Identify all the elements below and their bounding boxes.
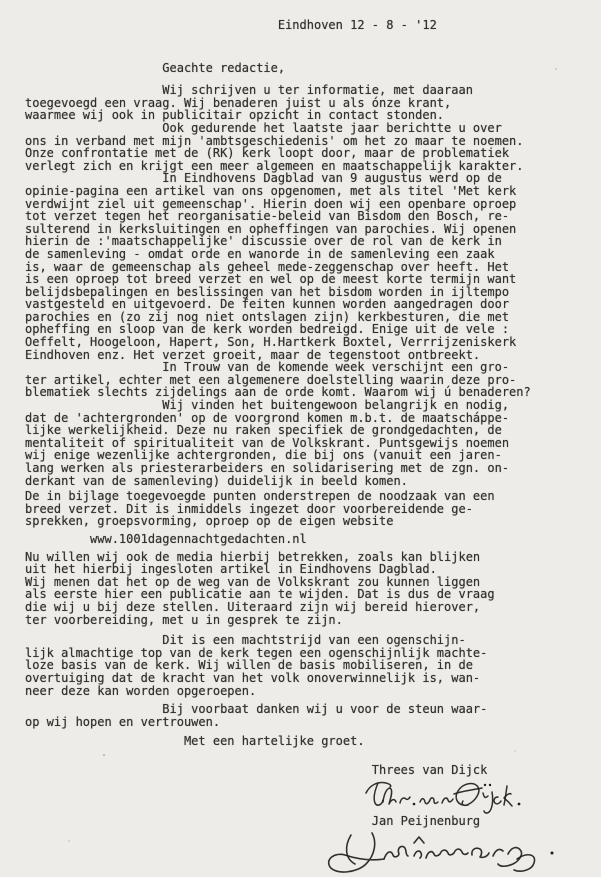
- paragraphs-main: Wij schrijven u ter informatie, met daar…: [25, 84, 601, 487]
- letter-line: sprekken, groepsvorming, oproep op de ei…: [25, 515, 601, 528]
- letter-body: Eindhoven 12 - 8 - '12 Geachte redactie,…: [0, 0, 601, 828]
- letter-line: neer deze kan worden opgeroepen.: [25, 685, 601, 698]
- letter-line: ter voorbereiding, met u in gesprek te z…: [25, 614, 601, 627]
- letter-line: Met een hartelijke groet.: [25, 735, 601, 748]
- letter-line: Wij schrijven u ter informatie, met daar…: [25, 84, 601, 97]
- letter-line: Bij voorbaat danken wij u voor de steun …: [25, 703, 601, 716]
- closing: Met een hartelijke groet.: [25, 735, 601, 748]
- salutation: Geachte redactie,: [25, 62, 601, 75]
- paragraph-media: Nu willen wij ook de media hierbij betre…: [25, 551, 601, 627]
- letter-line: Threes van Dijck: [25, 764, 601, 777]
- letter-line: lijke werkelijkheid. Deze nu raken speci…: [25, 424, 601, 437]
- paragraph-dank: Bij voorbaat danken wij u voor de steun …: [25, 703, 601, 728]
- letter-line: www.1001dagennachtgedachten.nl: [25, 533, 601, 546]
- letter-line: Geachte redactie,: [25, 62, 601, 75]
- letter-line: uit het hierbij ingesloten artikel in Ei…: [25, 563, 601, 576]
- scan-speck: [103, 754, 105, 756]
- letter-line: De in bijlage toegevoegde punten onderst…: [25, 490, 601, 503]
- letter-line: derkant van de samenleving) duidelijk in…: [25, 475, 601, 488]
- letter-line: de samenleving - omdat orde en wanorde i…: [25, 248, 601, 261]
- scan-speck: [68, 840, 70, 842]
- letter-line: opinie-pagina een artikel van ons opgeno…: [25, 185, 601, 198]
- letter-line: lang werken als priesterarbeiders en sol…: [25, 462, 601, 475]
- letter-line: op wij hopen en vertrouwen.: [25, 716, 601, 729]
- letter-line: die wij u bij deze stellen. Uiteraard zi…: [25, 601, 601, 614]
- letter-line: vastgesteld en uitgevoerd. De feiten kun…: [25, 298, 601, 311]
- signee-threes-typed: Threes van Dijck: [25, 764, 601, 777]
- signature-threes-handwritten-icon: [362, 778, 522, 822]
- letter-page: Eindhoven 12 - 8 - '12 Geachte redactie,…: [0, 0, 601, 877]
- letter-line: overtuiging dat de kracht van het volk o…: [25, 672, 601, 685]
- date-line: Eindhoven 12 - 8 - '12: [25, 19, 601, 32]
- letter-line: Onze confrontatie met de (RK) kerk loopt…: [25, 147, 601, 160]
- scan-speck: [514, 750, 516, 752]
- paragraph-machtstrijd: Dit is een machtstrijd van een ogenschij…: [25, 634, 601, 697]
- letter-line: In Trouw van de komende week verschijnt …: [25, 361, 601, 374]
- website-line: www.1001dagennachtgedachten.nl: [25, 533, 601, 546]
- letter-line: tot verzet tegen het reorganisatie-belei…: [25, 210, 601, 223]
- signature-jan-handwritten-icon: [320, 828, 560, 877]
- letter-line: Ook gedurende het laatste jaar berichtte…: [25, 122, 601, 135]
- paragraph-bijlage: De in bijlage toegevoegde punten onderst…: [25, 490, 601, 528]
- letter-line: Wij vinden het buitengewoon belangrijk e…: [25, 399, 601, 412]
- scan-speck: [555, 68, 557, 70]
- letter-line: Dit is een machtstrijd van een ogenschij…: [25, 634, 601, 647]
- letter-line: is een oproep tot breed verzet en wel op…: [25, 273, 601, 286]
- letter-line: Eindhoven 12 - 8 - '12: [25, 19, 601, 32]
- letter-line: Oeffelt, Hoogeloon, Hapert, Son, H.Hartk…: [25, 336, 601, 349]
